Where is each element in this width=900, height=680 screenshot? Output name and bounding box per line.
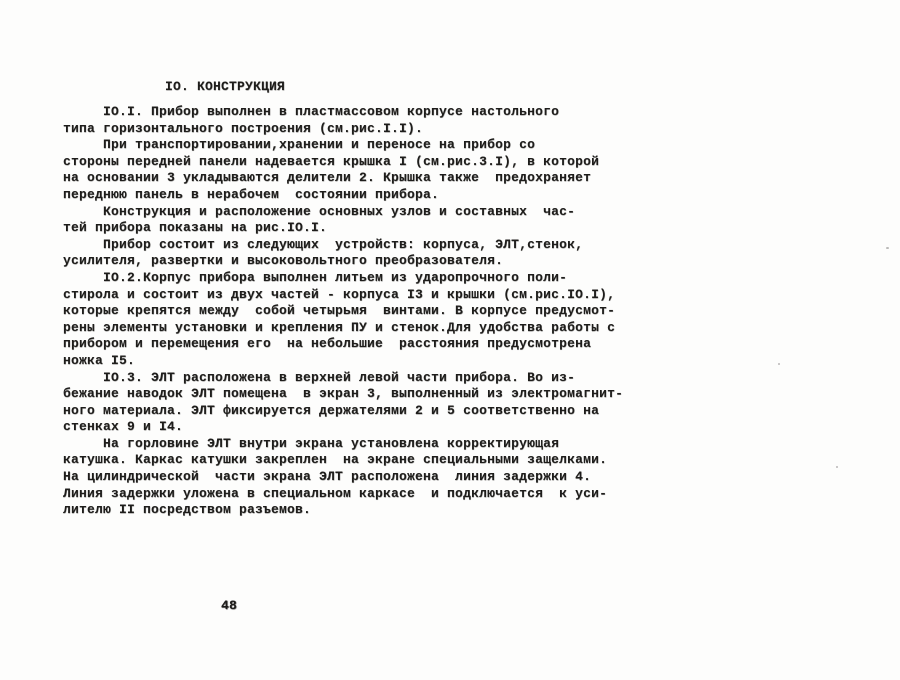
document-body: IO.I. Прибор выполнен в пластмассовом ко… (63, 104, 623, 519)
page-number: 48 (221, 598, 237, 613)
text-line: бежание наводок ЭЛТ помещена в экран 3, … (63, 386, 623, 403)
section-heading: IO. КОНСТРУКЦИЯ (165, 78, 285, 95)
scan-speckle (886, 247, 889, 249)
text-line: усилителя, развертки и высоковольтного п… (63, 253, 623, 270)
text-line: на основании 3 укладываются делители 2. … (63, 170, 623, 187)
text-line: ножка I5. (63, 353, 623, 370)
text-line: переднюю панель в нерабочем состоянии пр… (63, 187, 623, 204)
text-line: типа горизонтального построения (см.рис.… (63, 121, 623, 138)
scanned-document-page: IO. КОНСТРУКЦИЯ IO.I. Прибор выполнен в … (0, 0, 900, 680)
scan-speckle (836, 466, 838, 468)
text-line: прибором и перемещения его на небольшие … (63, 336, 623, 353)
text-line: катушка. Каркас катушки закреплен на экр… (63, 452, 623, 469)
text-line: тей прибора показаны на рис.IO.I. (63, 220, 623, 237)
text-line: На горловине ЭЛТ внутри экрана установле… (63, 436, 623, 453)
text-line: Конструкция и расположение основных узло… (63, 204, 623, 221)
scan-speckle (778, 363, 780, 365)
text-line: стороны передней панели надевается крышк… (63, 154, 623, 171)
text-line: При транспортировании,хранении и перенос… (63, 137, 623, 154)
text-line: IO.3. ЭЛТ расположена в верхней левой ча… (63, 370, 623, 387)
text-line: рены элементы установки и крепления ПУ и… (63, 320, 623, 337)
text-line: Прибор состоит из следующих устройств: к… (63, 237, 623, 254)
text-line: стирола и состоит из двух частей - корпу… (63, 287, 623, 304)
text-line: которые крепятся между собой четырьмя ви… (63, 303, 623, 320)
text-line: лителю II посредством разъемов. (63, 502, 623, 519)
text-line: IO.I. Прибор выполнен в пластмассовом ко… (63, 104, 623, 121)
text-line: IO.2.Корпус прибора выполнен литьем из у… (63, 270, 623, 287)
text-line: стенках 9 и I4. (63, 419, 623, 436)
text-line: ного материала. ЭЛТ фиксируется держател… (63, 403, 623, 420)
text-line: Линия задержки уложена в специальном кар… (63, 486, 623, 503)
text-line: На цилиндрической части экрана ЭЛТ распо… (63, 469, 623, 486)
